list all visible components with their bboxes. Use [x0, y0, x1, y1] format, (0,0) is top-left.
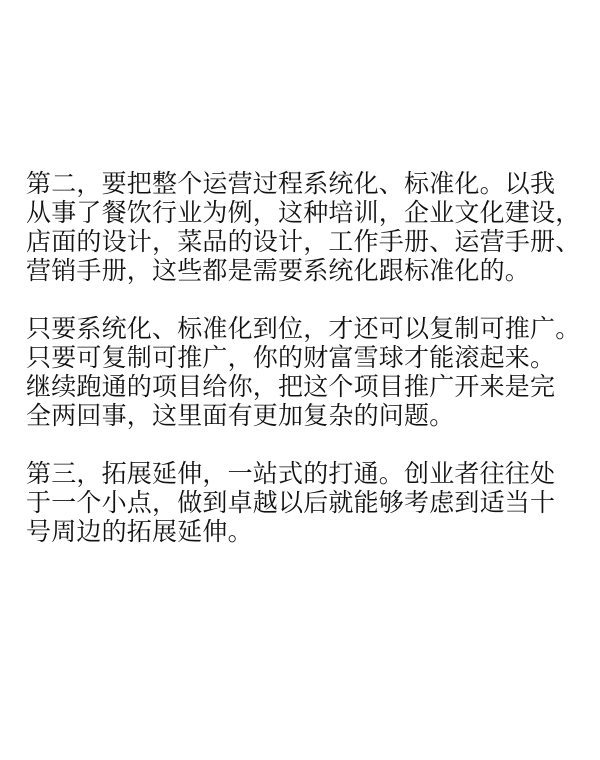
text-page: 第二，要把整个运营过程系统化、标准化。以我 从事了餐饮行业为例，这种培训，企业文… [0, 0, 600, 760]
text-line: 于一个小点，做到卓越以后就能够考虑到适当十 [26, 489, 576, 518]
text-line: 只要系统化、标准化到位，才还可以复制可推广。 [26, 315, 576, 344]
paragraph-1: 第二，要把整个运营过程系统化、标准化。以我 从事了餐饮行业为例，这种培训，企业文… [26, 170, 576, 286]
text-line: 第二，要把整个运营过程系统化、标准化。以我 [26, 170, 576, 199]
text-line: 从事了餐饮行业为例，这种培训，企业文化建设， [26, 199, 576, 228]
text-line: 只要可复制可推广，你的财富雪球才能滚起来。 [26, 344, 576, 373]
paragraph-3: 第三，拓展延伸，一站式的打通。创业者往往处 于一个小点，做到卓越以后就能够考虑到… [26, 460, 576, 547]
text-line: 继续跑通的项目给你，把这个项目推广开来是完 [26, 373, 576, 402]
text-line: 第三，拓展延伸，一站式的打通。创业者往往处 [26, 460, 576, 489]
text-line: 号周边的拓展延伸。 [26, 518, 576, 547]
text-line: 店面的设计，菜品的设计，工作手册、运营手册、 [26, 228, 576, 257]
text-line: 营销手册，这些都是需要系统化跟标准化的。 [26, 257, 576, 286]
paragraph-2: 只要系统化、标准化到位，才还可以复制可推广。 只要可复制可推广，你的财富雪球才能… [26, 315, 576, 431]
text-line: 全两回事，这里面有更加复杂的问题。 [26, 402, 576, 431]
